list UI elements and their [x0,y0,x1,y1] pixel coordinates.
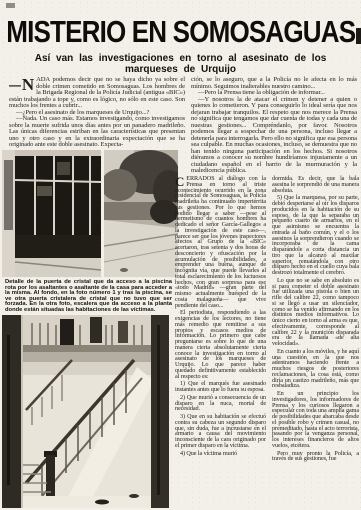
list-item: 2) Que murió a consecuencia de un dispar… [175,395,266,412]
list-item: 1) Que el marqués fue asesinado instante… [175,381,266,393]
paragraph: En cuanto a los móviles, y he aquí una c… [272,349,359,389]
page-subtitle: Así van las investigaciones en torno al … [0,53,361,75]
scan-artifact [6,3,15,8]
headline-block: MISTERIO EN SOMOSAGUAS [0,16,361,48]
paragraph: —Nada. Un caso más. Estamos investigando… [9,116,185,149]
list-item: 3) Que en su habitación se efectuó contr… [175,414,266,449]
list-item: 4) Que la víctima murió [175,451,266,457]
paragraph: —NADA podemos decir que no se haya dicho… [9,77,185,110]
glass-door-photo [2,150,101,277]
paragraph: Lo que no se sabe en absoluto es si para… [272,278,359,347]
paragraph: El periodista, respondiendo a las exigen… [175,310,266,379]
column-top-right: ción, se lo aseguro, que a la Policía no… [191,77,357,175]
dropcap-n: N [22,77,34,92]
column-top-left: —NADA podemos decir que no se haya dicho… [9,77,185,149]
interview-dash: — [9,77,21,93]
newspaper-page: MISTERIO EN SOMOSAGUAS Así van las inves… [0,0,361,510]
photo-caption: Detalle de la puerta de cristal que da a… [5,280,172,314]
photo-montage [2,150,178,277]
paragraph: dormida. Es decir, que la bala asesina l… [272,176,359,193]
staircase-photo-art [2,315,169,508]
column-bottom-right: dormida. Es decir, que la bala asesina l… [272,176,359,462]
subtitle-line-2: marqueses de Urquijo [0,64,361,75]
list-item: 5) Que la marquesa, por su parte, debió … [272,195,359,276]
dropcap-c: C [175,176,184,187]
paragraph-text: ADA podemos decir que no se haya dicho y… [9,76,185,109]
paragraph: —Y nosotros la de atacar el crimen y det… [191,97,357,175]
paragraph: CERRADOS al diálogo con la Prensa en tor… [175,176,266,308]
garden-pool-photo [104,150,178,277]
subtitle-line-1: Así van las investigaciones en torno al … [0,53,361,64]
column-bottom-middle: CERRADOS al diálogo con la Prensa en tor… [175,176,266,456]
page-title: MISTERIO EN SOMOSAGUAS [6,16,355,48]
staircase-photo [2,315,169,508]
paragraph-text: ERRADOS al diálogo con la Prensa en torn… [175,175,266,309]
paragraph: Pero muy pronto la Policía, a través de … [272,451,359,463]
paragraph: En un principio los investigadores, los … [272,391,359,449]
